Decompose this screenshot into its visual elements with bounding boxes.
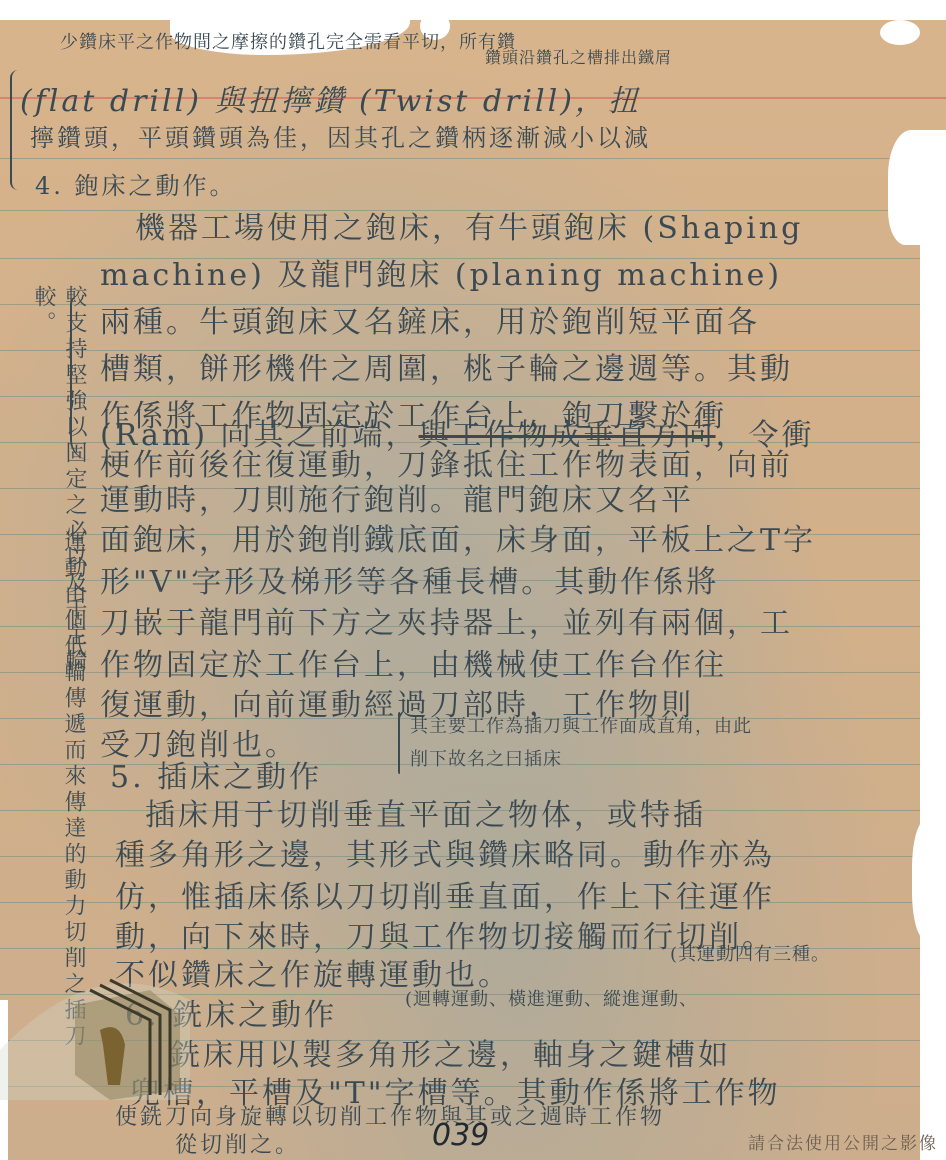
torn-edge-right <box>912 820 946 940</box>
manuscript-line: 種多角形之邊，其形式與鑽床略同。動作亦為 <box>115 830 775 874</box>
inline-note: (迴轉運動、橫進運動、縱進運動、 <box>405 985 698 1011</box>
manuscript-line: 槽類，餅形機件之周圍，桃子輪之邊週等。其動 <box>100 344 793 388</box>
manuscript-line: 仿，惟插床係以刀切削垂直面，作上下往運作 <box>115 872 775 916</box>
manuscript-line: 面鉋床，用於鉋削鐵底面，床身面，平板上之T字 <box>100 515 816 559</box>
archive-watermark-icon <box>0 960 190 1100</box>
manuscript-line: 從切削之。 <box>175 1128 300 1159</box>
manuscript-line: 機器工場使用之鉋床，有牛頭鉋床 (Shaping <box>135 203 803 247</box>
watermark-text: 請合法使用公開之影像 <box>748 1129 938 1154</box>
torn-edge-right <box>920 240 946 1160</box>
manuscript-line: 鑽頭沿鑽孔之槽排出鐵屑 <box>485 45 672 68</box>
margin-bracket <box>70 295 112 460</box>
manuscript-line: 運動時，刀則施行鉋削。龍門鉋床又名平 <box>100 475 694 519</box>
torn-edge-right <box>888 130 946 245</box>
page-number: 039 <box>432 1118 489 1153</box>
manuscript-line: 刀嵌于龍門前下方之夾持器上，並列有兩個，工 <box>100 598 793 642</box>
manuscript-line: machine) 及龍門鉋床 (planing machine) <box>100 250 782 294</box>
manuscript-line: 插床用于切削垂直平面之物体，或特插 <box>145 790 706 834</box>
manuscript-line: (flat drill) 與扭擰鑽 (Twist drill)，扭 <box>20 76 641 120</box>
section-heading-4: 4. 鉋床之動作。 <box>35 166 237 201</box>
manuscript-line: 少鑽床平之作物間之摩擦的鑽孔完全需看平切，所有鑽 <box>60 28 516 54</box>
manuscript-line: 擰鑽頭，平頭鑽頭為佳，因其孔之鑽柄逐漸減小以減 <box>30 118 651 153</box>
torn-hole <box>880 20 920 45</box>
manuscript-line: 使銑刀向身旋轉以切削工作物與其或之週時工作物 <box>115 1100 665 1131</box>
rule-line <box>0 158 946 159</box>
manuscript-line: 形"V"字形及梯形等各種長槽。其動作係將 <box>100 557 719 601</box>
inline-note: 削下故名之曰插床 <box>410 745 562 771</box>
inline-note: (其運動四有三種。 <box>670 940 830 966</box>
note-bracket <box>398 712 410 774</box>
torn-edge-top <box>0 0 946 20</box>
manuscript-line: 兩種。牛頭鉋床又名鏟床，用於鉋削短平面各 <box>100 297 760 341</box>
inline-note: 其主要工作為插刀與工作面成直角，由此 <box>410 712 752 738</box>
manuscript-line: 作物固定於工作台上，由機械使工作台作往 <box>100 640 727 684</box>
